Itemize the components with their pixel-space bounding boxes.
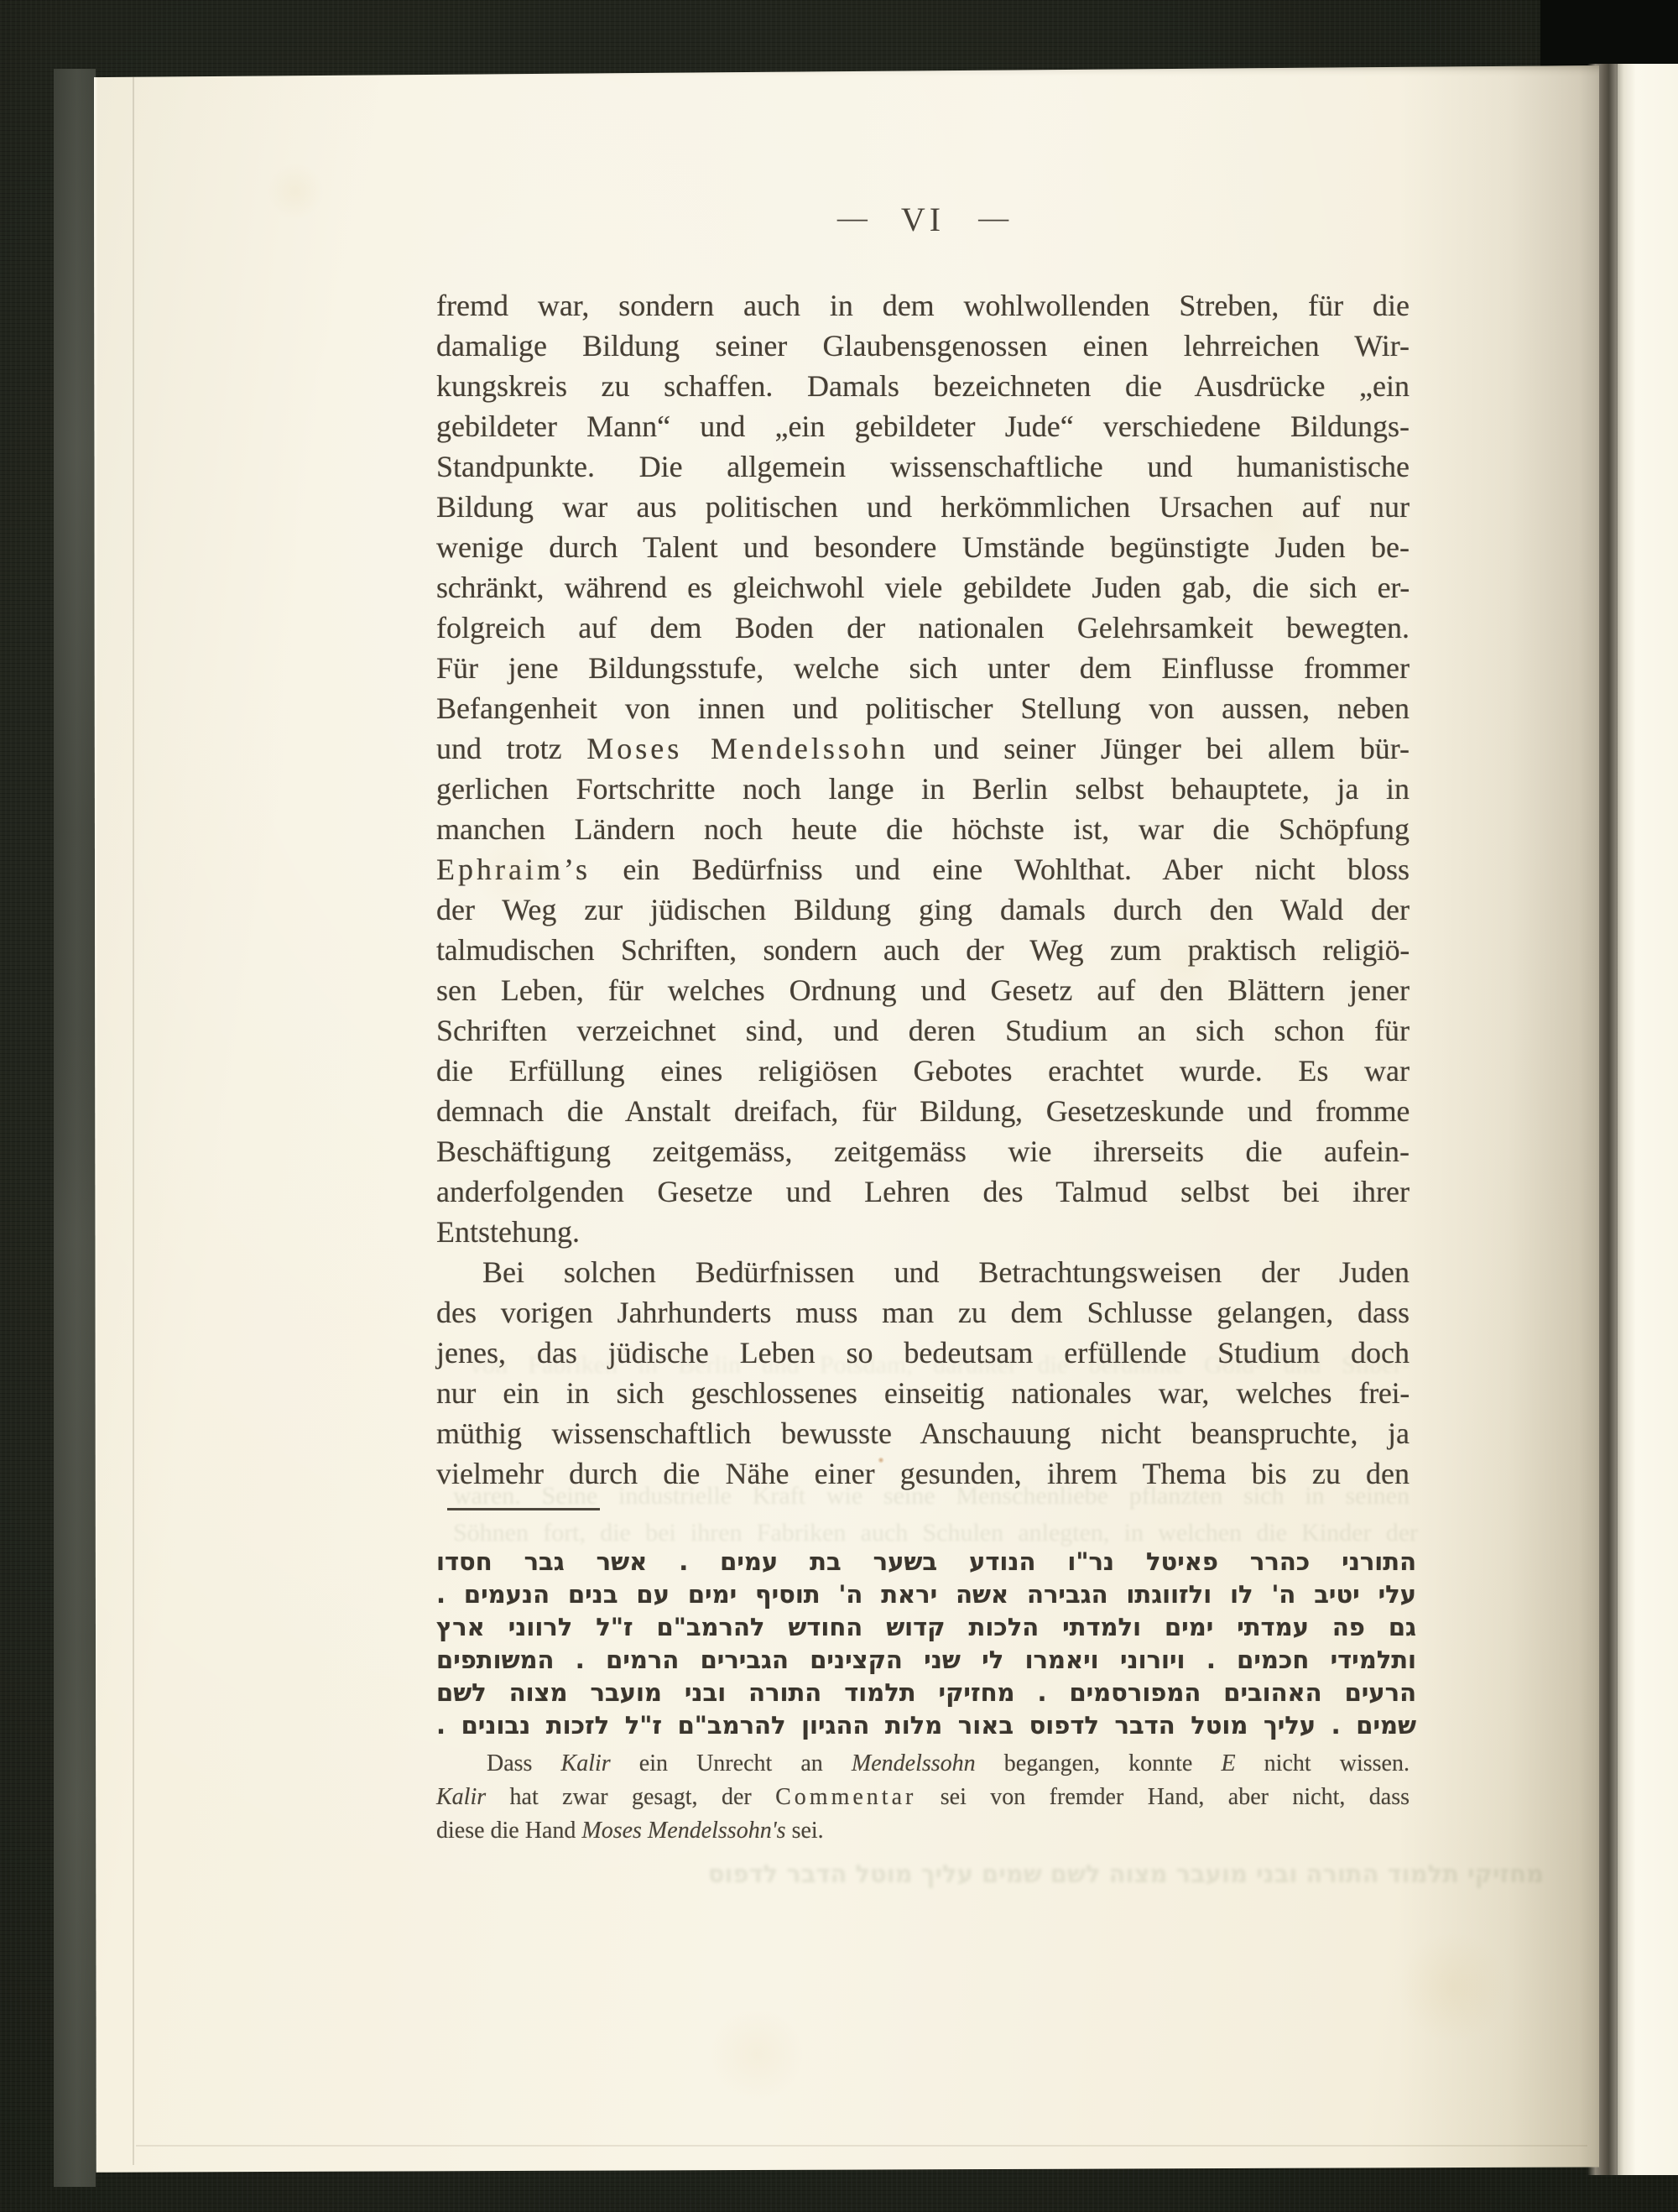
text-run: הרעים האהובים המפורסמים . מחזיקי תלמוד ה… — [436, 1678, 1416, 1707]
letterspaced-text: Commentar — [775, 1784, 916, 1810]
text-run: Standpunkte. Die allgemein wissenschaftl… — [436, 450, 1410, 483]
page-stack-edge — [54, 69, 96, 2187]
text-line: ותלמידי חכמים . ויורוני ויאמרו לי שני הק… — [436, 1644, 1416, 1677]
text-line: fremd war, sondern auch in dem wohlwolle… — [436, 285, 1410, 326]
facing-page-edge — [1618, 64, 1678, 2175]
text-run: התורני כהרר פאיטל נר"ו הנודע בשער בת עמי… — [436, 1547, 1416, 1576]
text-line: kungskreis zu schaffen. Damals bezeichne… — [436, 366, 1410, 406]
text-run: gebildeter Mann“ und „ein gebildeter Jud… — [436, 410, 1410, 443]
text-line: שמים . עליך מוטל הדבר לדפוס באור מלות הה… — [436, 1709, 1416, 1742]
text-line: des vorigen Jahrhunderts muss man zu dem… — [436, 1292, 1410, 1333]
text-run: vielmehr durch die Nähe einer gesunden, … — [436, 1457, 1410, 1490]
text-run: Bei solchen Bedürfnissen und Betrachtung… — [482, 1255, 1410, 1289]
text-line: die Erfüllung eines religiösen Gebotes e… — [436, 1051, 1410, 1091]
header-dash-right: — — [978, 200, 1008, 235]
italic-text: E — [1221, 1750, 1235, 1776]
italic-text: Kalir — [561, 1750, 611, 1776]
text-line: nur ein in sich geschlossenes einseitig … — [436, 1373, 1410, 1413]
text-run: שמים . עליך מוטל הדבר לדפוס באור מלות הה… — [436, 1711, 1416, 1740]
text-run: schränkt, während es gleichwohl viele ge… — [436, 571, 1410, 604]
text-line: vielmehr durch die Nähe einer gesunden, … — [436, 1453, 1410, 1494]
text-run: kungskreis zu schaffen. Damals bezeichne… — [436, 369, 1410, 403]
paper-stain — [710, 2007, 804, 2101]
text-run: und seiner Jünger bei allem bür- — [909, 732, 1410, 765]
text-line: Bildung war aus politischen und herkömml… — [436, 487, 1410, 527]
background-corner — [1540, 0, 1678, 67]
text-line: müthig wissenschaftlich bewusste Anschau… — [436, 1413, 1410, 1453]
text-run: sen Leben, für welches Ordnung und Geset… — [436, 973, 1410, 1007]
text-run: ein Bedürfniss und eine Wohlthat. Aber n… — [591, 853, 1410, 886]
text-run: Befangenheit von innen und politischer S… — [436, 691, 1410, 725]
text-run: damalige Bildung seiner Glaubensgenossen… — [436, 329, 1410, 363]
text-run: ותלמידי חכמים . ויורוני ויאמרו לי שני הק… — [436, 1646, 1416, 1674]
text-line: anderfolgenden Gesetze und Lehren des Ta… — [436, 1171, 1410, 1212]
text-run: nur ein in sich geschlossenes einseitig … — [436, 1376, 1410, 1410]
body-text-block: fremd war, sondern auch in dem wohlwolle… — [436, 285, 1410, 1494]
italic-text: Mendelssohn — [852, 1750, 976, 1776]
text-run: sei von fremder Hand, aber nicht, dass — [916, 1784, 1410, 1810]
text-line: der Weg zur jüdischen Bildung ging damal… — [436, 889, 1410, 930]
italic-text: Kalir — [436, 1784, 486, 1810]
impression-line — [136, 2145, 1587, 2147]
text-line: sen Leben, für welches Ordnung und Geset… — [436, 970, 1410, 1010]
footnote-separator-rule — [447, 1508, 600, 1510]
text-line: gebildeter Mann“ und „ein gebildeter Jud… — [436, 406, 1410, 446]
paper-stain — [267, 163, 324, 220]
scanned-page: — VI — von Fabriken in Berlin und Potsda… — [94, 65, 1599, 2173]
text-run: Für jene Bildungsstufe, welche sich unte… — [436, 651, 1410, 685]
page-number: VI — [901, 200, 945, 239]
page-number-header: — VI — — [436, 198, 1410, 240]
text-run: Schriften verzeichnet sind, und deren St… — [436, 1014, 1410, 1047]
text-run: Bildung war aus politischen und herkömml… — [436, 490, 1410, 524]
text-line: Dass Kalir ein Unrecht an Mendelssohn be… — [436, 1747, 1410, 1781]
italic-text: Moses Mendelssohn's — [581, 1818, 785, 1844]
text-run: gerlichen Fortschritte noch lange in Ber… — [436, 772, 1410, 806]
text-run: und trotz — [436, 732, 586, 765]
text-line: Befangenheit von innen und politischer S… — [436, 688, 1410, 728]
header-dash-left: — — [837, 200, 868, 235]
text-line: wenige durch Talent und besondere Umstän… — [436, 527, 1410, 567]
text-run: demnach die Anstalt dreifach, für Bildun… — [436, 1094, 1410, 1128]
gutter-shading — [1398, 65, 1599, 2173]
text-line: und trotz Moses Mendelssohn und seiner J… — [436, 728, 1410, 769]
text-run: ein Unrecht an — [611, 1750, 852, 1776]
text-run: des vorigen Jahrhunderts muss man zu dem… — [436, 1296, 1410, 1329]
show-through-text: Söhnen fort, die bei ihren Fabriken auch… — [453, 1519, 1418, 1547]
text-run: hat zwar gesagt, der — [486, 1784, 775, 1810]
text-run: fremd war, sondern auch in dem wohlwolle… — [436, 289, 1410, 322]
letterspaced-text: Ephraim’s — [436, 853, 591, 886]
text-run: anderfolgenden Gesetze und Lehren des Ta… — [436, 1175, 1410, 1208]
text-line: הרעים האהובים המפורסמים . מחזיקי תלמוד ה… — [436, 1677, 1416, 1709]
text-run: begangen, konnte — [976, 1750, 1222, 1776]
text-run: nicht wissen. — [1236, 1750, 1410, 1776]
text-line: Ephraim’s ein Bedürfniss und eine Wohlth… — [436, 849, 1410, 889]
text-run: Dass — [487, 1750, 561, 1776]
text-line: Beschäftigung zeitgemäss, zeitgemäss wie… — [436, 1131, 1410, 1171]
text-run: Entstehung. — [436, 1215, 580, 1249]
text-line: גם פה עמדתי ימים ולמדתי הלכות קדוש החודש… — [436, 1611, 1416, 1644]
text-line: schränkt, während es gleichwohl viele ge… — [436, 567, 1410, 608]
book-photo: — VI — von Fabriken in Berlin und Potsda… — [0, 0, 1678, 2212]
text-run: manchen Ländern noch heute die höchste i… — [436, 812, 1410, 846]
text-run: גם פה עמדתי ימים ולמדתי הלכות קדוש החודש… — [436, 1613, 1416, 1641]
text-line: Kalir hat zwar gesagt, der Commentar sei… — [436, 1781, 1410, 1814]
text-line: folgreich auf dem Boden der nationalen G… — [436, 608, 1410, 648]
text-line: עלי יטיב ה' לו ולזווגתו הגבירה אשה יראת … — [436, 1578, 1416, 1611]
text-line: Entstehung. — [436, 1212, 1410, 1252]
text-run: müthig wissenschaftlich bewusste Anschau… — [436, 1416, 1410, 1450]
text-run: wenige durch Talent und besondere Umstän… — [436, 530, 1410, 564]
page-crease-line — [133, 74, 134, 2165]
text-line: jenes, das jüdische Leben so bedeutsam e… — [436, 1333, 1410, 1373]
text-run: diese die Hand — [436, 1818, 581, 1844]
text-line: Standpunkte. Die allgemein wissenschaftl… — [436, 446, 1410, 487]
text-run: jenes, das jüdische Leben so bedeutsam e… — [436, 1336, 1410, 1369]
text-line: Für jene Bildungsstufe, welche sich unte… — [436, 648, 1410, 688]
text-run: עלי יטיב ה' לו ולזווגתו הגבירה אשה יראת … — [436, 1580, 1416, 1609]
letterspaced-text: Moses Mendelssohn — [586, 732, 909, 765]
text-line: diese die Hand Moses Mendelssohn's sei. — [436, 1814, 1410, 1848]
text-run: die Erfüllung eines religiösen Gebotes e… — [436, 1054, 1410, 1088]
text-line: Schriften verzeichnet sind, und deren St… — [436, 1010, 1410, 1051]
text-line: talmudischen Schriften, sondern auch der… — [436, 930, 1410, 970]
german-footnote-block: Dass Kalir ein Unrecht an Mendelssohn be… — [436, 1747, 1410, 1848]
text-line: manchen Ländern noch heute die höchste i… — [436, 809, 1410, 849]
text-run: der Weg zur jüdischen Bildung ging damal… — [436, 893, 1410, 926]
text-line: gerlichen Fortschritte noch lange in Ber… — [436, 769, 1410, 809]
text-line: Bei solchen Bedürfnissen und Betrachtung… — [436, 1252, 1410, 1292]
text-run: Beschäftigung zeitgemäss, zeitgemäss wie… — [436, 1135, 1410, 1168]
hebrew-footnote-block: התורני כהרר פאיטל נר"ו הנודע בשער בת עמי… — [436, 1546, 1416, 1742]
text-line: damalige Bildung seiner Glaubensgenossen… — [436, 326, 1410, 366]
text-run: talmudischen Schriften, sondern auch der… — [436, 933, 1410, 967]
text-line: התורני כהרר פאיטל נר"ו הנודע בשער בת עמי… — [436, 1546, 1416, 1578]
text-run: sei. — [786, 1818, 824, 1844]
text-line: demnach die Anstalt dreifach, für Bildun… — [436, 1091, 1410, 1131]
text-run: folgreich auf dem Boden der nationalen G… — [436, 611, 1410, 644]
